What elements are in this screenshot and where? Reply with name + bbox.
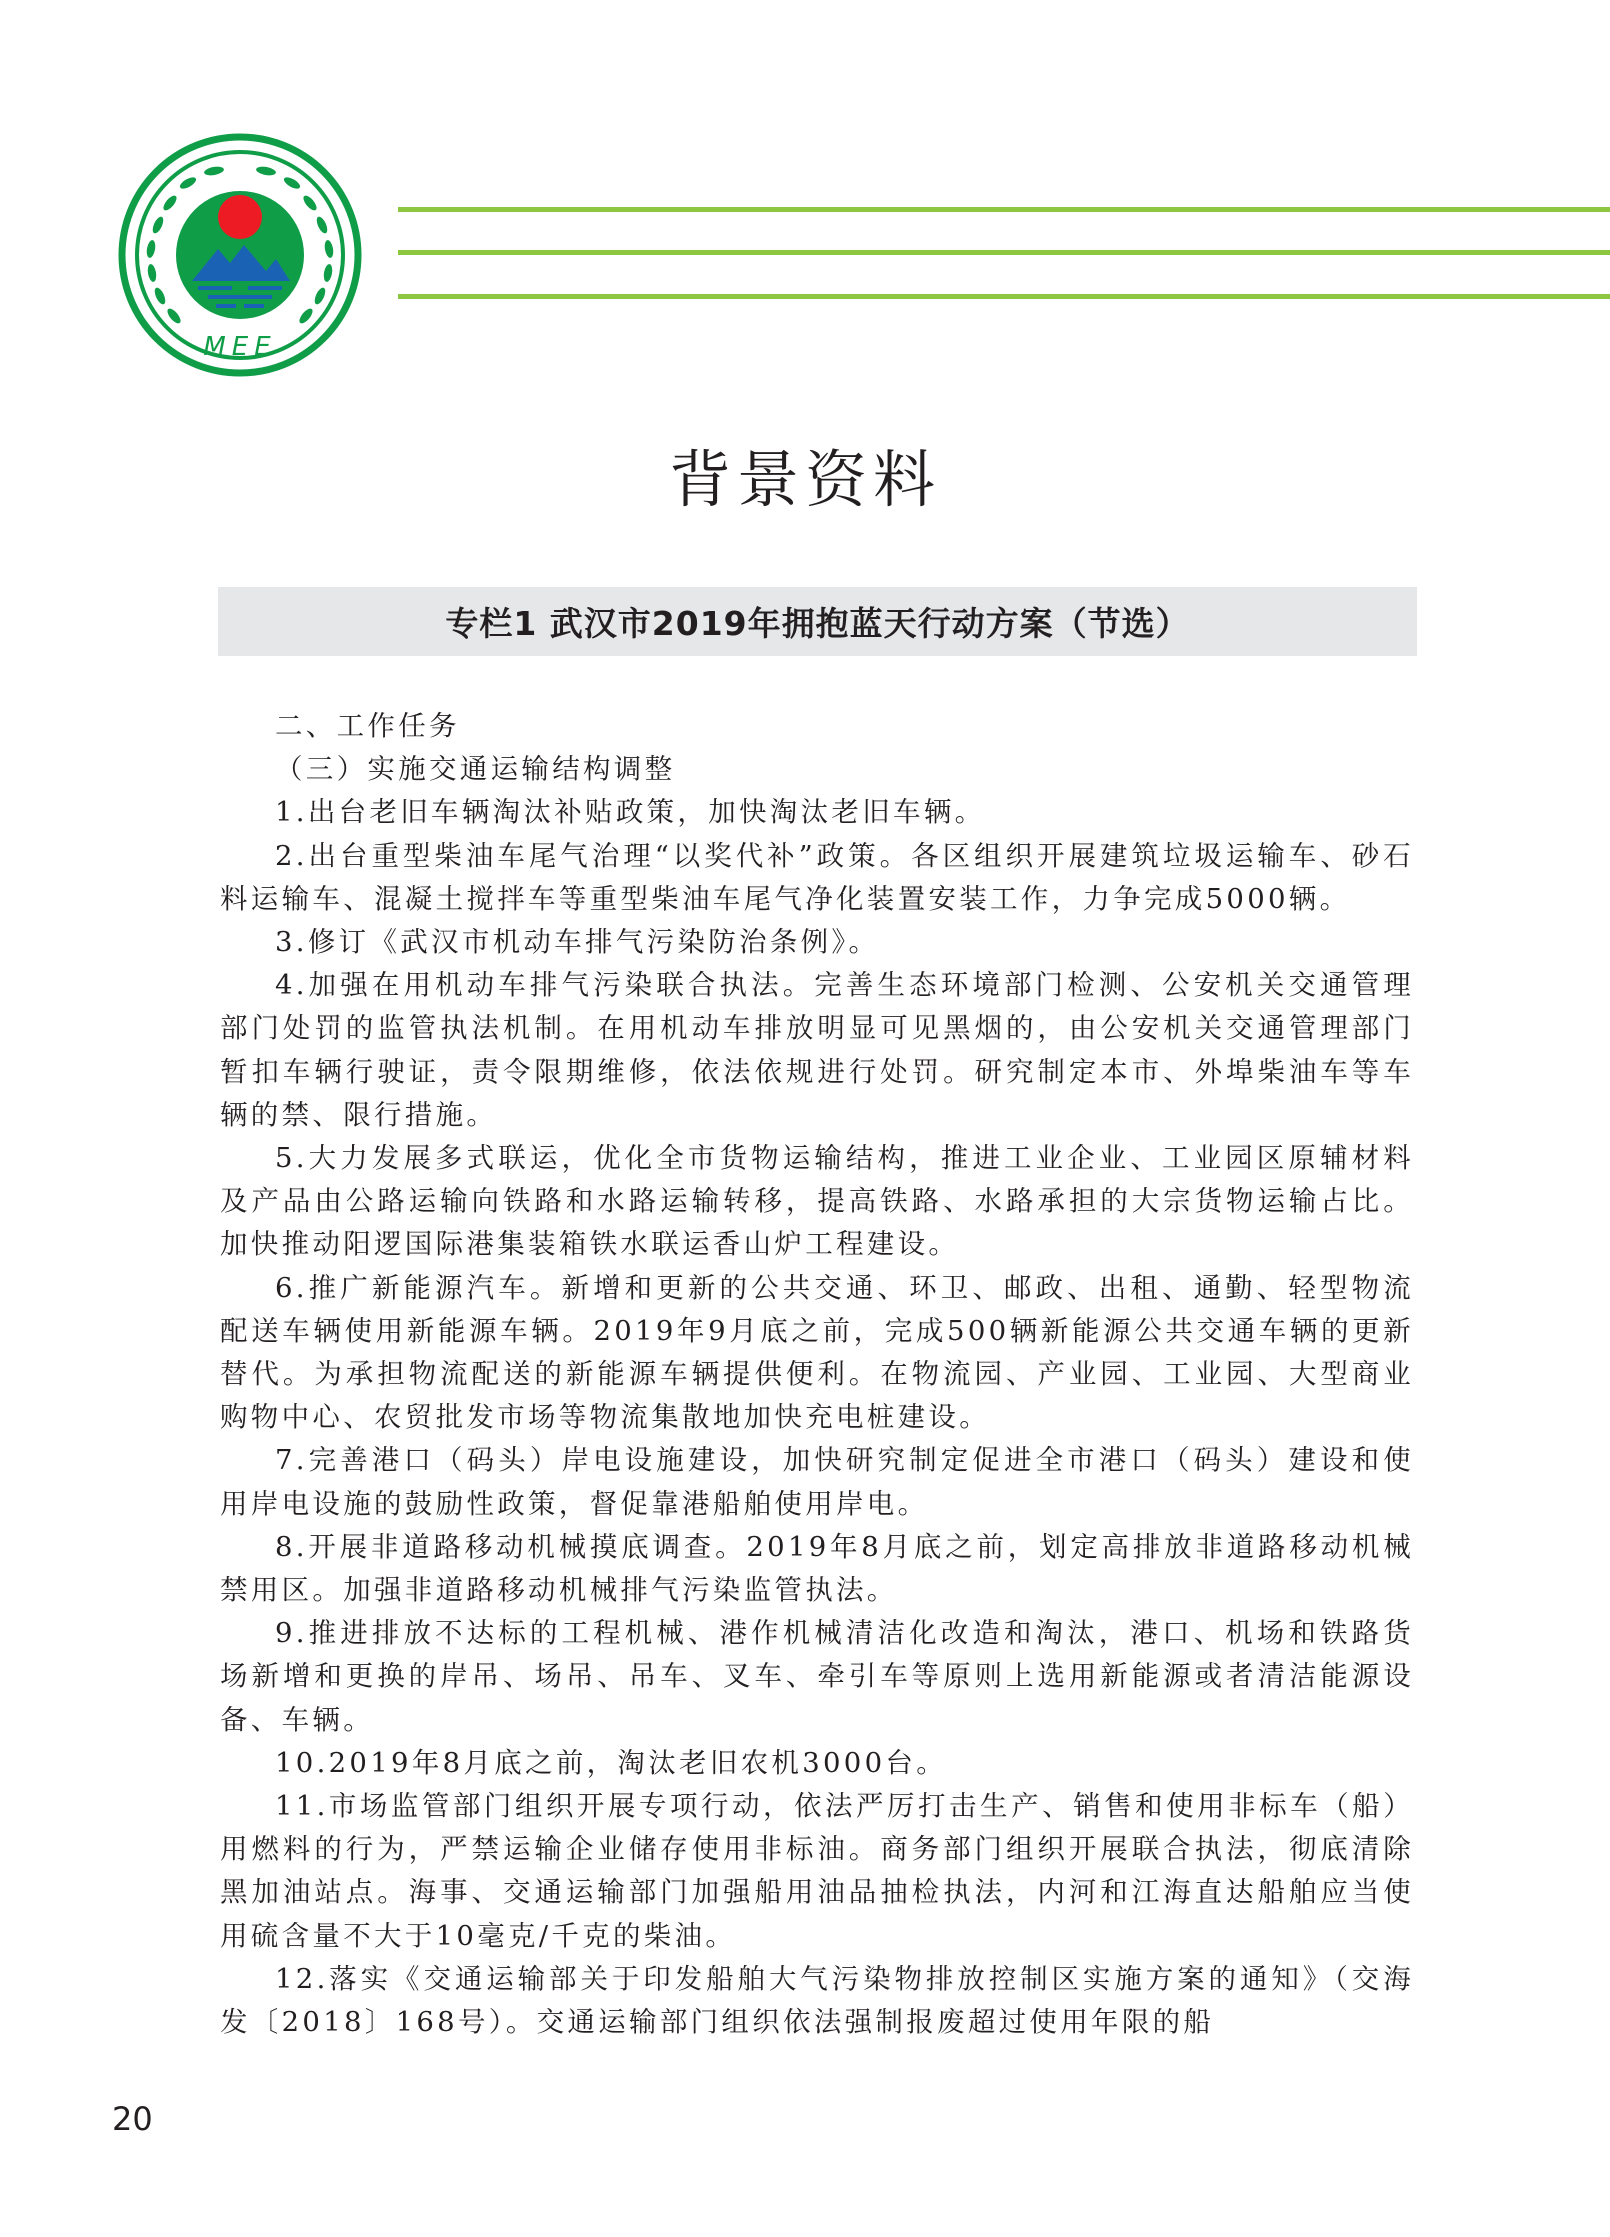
paragraph: 9.推进排放不达标的工程机械、港作机械清洁化改造和淘汰，港口、机场和铁路货场新增…	[220, 1612, 1414, 1742]
page-number: 20	[112, 2100, 153, 2138]
paragraph: 12.落实《交通运输部关于印发船舶大气污染物排放控制区实施方案的通知》（交海发〔…	[220, 1958, 1414, 2044]
paragraph: 3.修订《武汉市机动车排气污染防治条例》。	[220, 921, 1414, 964]
header-line	[398, 207, 1610, 212]
paragraph: （三）实施交通运输结构调整	[220, 748, 1414, 791]
mee-emblem-icon: MEE	[118, 133, 362, 377]
paragraph: 6.推广新能源汽车。新增和更新的公共交通、环卫、邮政、出租、通勤、轻型物流配送车…	[220, 1267, 1414, 1440]
paragraph: 2.出台重型柴油车尾气治理“以奖代补”政策。各区组织开展建筑垃圾运输车、砂石料运…	[220, 835, 1414, 921]
body-text: 二、工作任务 （三）实施交通运输结构调整 1.出台老旧车辆淘汰补贴政策，加快淘汰…	[220, 705, 1414, 2044]
paragraph: 5.大力发展多式联运，优化全市货物运输结构，推进工业企业、工业园区原辅材料及产品…	[220, 1137, 1414, 1267]
paragraph: 4.加强在用机动车排气污染联合执法。完善生态环境部门检测、公安机关交通管理部门处…	[220, 964, 1414, 1137]
header-line	[398, 250, 1610, 255]
paragraph: 7.完善港口（码头）岸电设施建设，加快研究制定促进全市港口（码头）建设和使用岸电…	[220, 1439, 1414, 1525]
paragraph: 8.开展非道路移动机械摸底调查。2019年8月底之前，划定高排放非道路移动机械禁…	[220, 1526, 1414, 1612]
logo-text: MEE	[203, 332, 276, 362]
page-title: 背景资料	[0, 430, 1610, 519]
paragraph: 1.出台老旧车辆淘汰补贴政策，加快淘汰老旧车辆。	[220, 791, 1414, 834]
header-line	[398, 294, 1610, 299]
paragraph: 二、工作任务	[220, 705, 1414, 748]
paragraph: 10.2019年8月底之前，淘汰老旧农机3000台。	[220, 1742, 1414, 1785]
column-box-title: 专栏1 武汉市2019年拥抱蓝天行动方案（节选）	[218, 587, 1417, 656]
header-decorative-lines	[398, 207, 1610, 307]
mee-logo: MEE	[118, 133, 362, 377]
paragraph: 11.市场监管部门组织开展专项行动，依法严厉打击生产、销售和使用非标车（船）用燃…	[220, 1785, 1414, 1958]
